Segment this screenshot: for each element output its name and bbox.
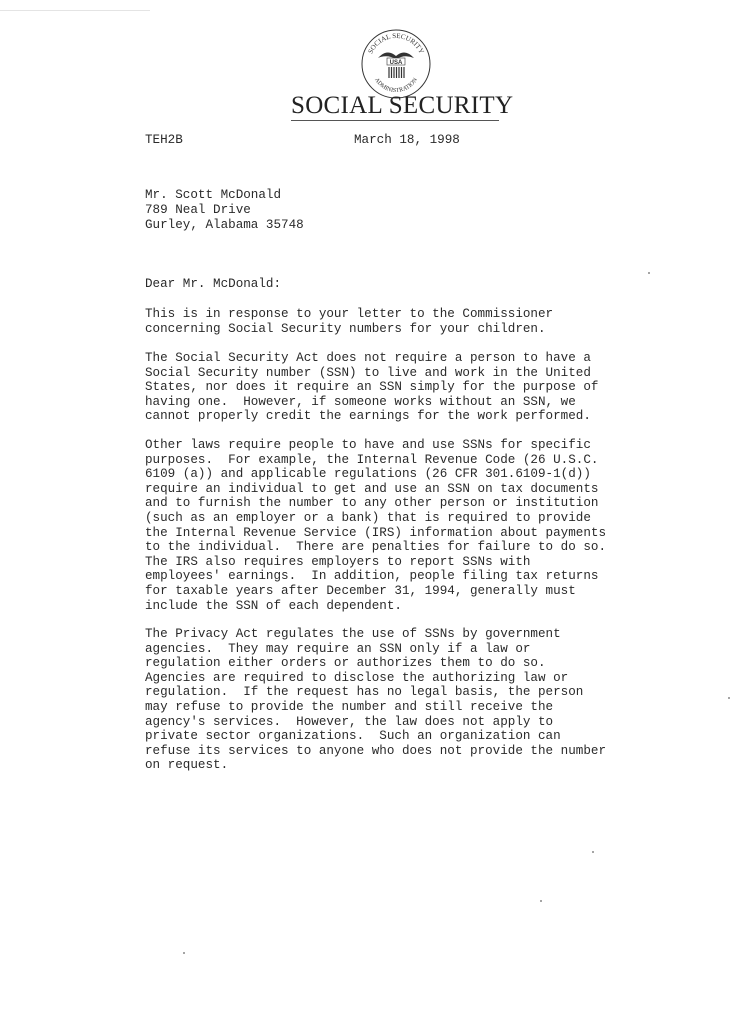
scan-speck xyxy=(648,272,650,274)
reference-code: TEH2B xyxy=(145,133,183,147)
letterhead-rule xyxy=(291,120,499,121)
recipient-street: 789 Neal Drive xyxy=(145,203,304,218)
scan-speck xyxy=(728,697,730,699)
body-paragraph-3: Other laws require people to have and us… xyxy=(145,438,606,613)
recipient-city-state-zip: Gurley, Alabama 35748 xyxy=(145,218,304,233)
ssa-seal-logo: SOCIAL SECURITY ADMINISTRATION USA xyxy=(360,28,432,100)
recipient-address: Mr. Scott McDonald 789 Neal Drive Gurley… xyxy=(145,188,304,233)
letter-date: March 18, 1998 xyxy=(354,133,460,147)
svg-text:USA: USA xyxy=(390,60,403,66)
scan-speck xyxy=(592,851,594,853)
scan-speck xyxy=(540,900,542,902)
body-paragraph-1: This is in response to your letter to th… xyxy=(145,307,553,336)
salutation: Dear Mr. McDonald: xyxy=(145,277,281,291)
body-paragraph-4: The Privacy Act regulates the use of SSN… xyxy=(145,627,606,773)
recipient-name: Mr. Scott McDonald xyxy=(145,188,304,203)
agency-name: SOCIAL SECURITY xyxy=(291,92,513,120)
scan-artifact-line xyxy=(0,10,150,11)
svg-text:SOCIAL SECURITY: SOCIAL SECURITY xyxy=(366,32,425,55)
scan-speck xyxy=(183,952,185,954)
body-paragraph-2: The Social Security Act does not require… xyxy=(145,351,598,424)
